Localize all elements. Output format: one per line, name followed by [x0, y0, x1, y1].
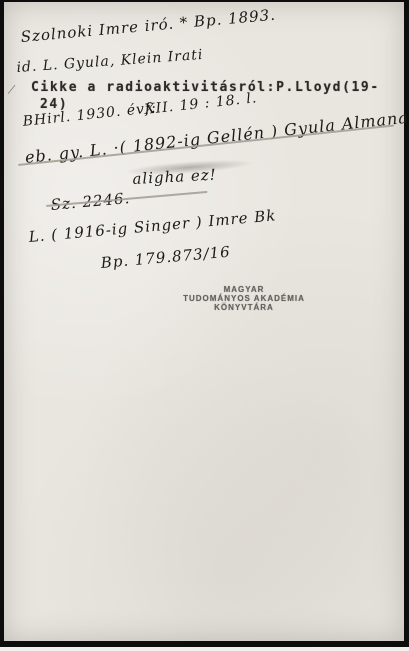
handwritten-shelf-number: Bp. 179.873/16: [100, 243, 231, 272]
typed-title-line-1: Cikke a radioaktivitásról:P.Lloyd(19-: [31, 80, 380, 95]
stamp-line-1: MAGYAR: [164, 285, 324, 294]
handwritten-struck-note-2: aligha ez!: [132, 166, 217, 188]
handwritten-relatives-line: id. L. Gyula, Klein Irati: [16, 47, 204, 76]
stamp-line-2: TUDOMÁNYOS AKADÉMIA: [164, 294, 324, 303]
library-stamp: MAGYAR TUDOMÁNYOS AKADÉMIA KÖNYVTÁRA: [164, 285, 324, 312]
scan-edge-strip: [0, 647, 409, 651]
stamp-line-3: KÖNYVTÁRA: [164, 303, 324, 312]
check-mark: /: [8, 82, 16, 97]
handwritten-header-line: Szolnoki Imre iró. * Bp. 1893.: [20, 6, 277, 46]
catalog-card: Szolnoki Imre iró. * Bp. 1893. id. L. Gy…: [4, 2, 404, 641]
